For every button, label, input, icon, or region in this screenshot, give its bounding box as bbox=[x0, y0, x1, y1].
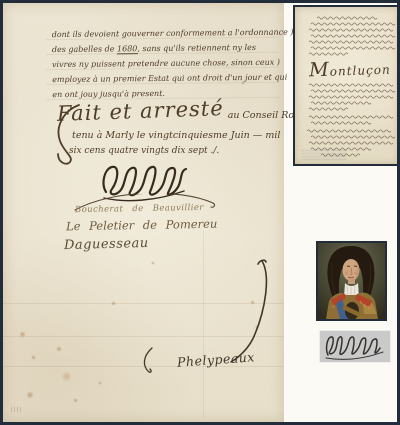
closing-line-3: six cens quatre vingts dix sept ./. bbox=[69, 146, 219, 156]
archive-stamp bbox=[301, 150, 347, 161]
countersignature-boucherat-beauvillier: Boucherat de Beauvillier bbox=[75, 203, 204, 215]
fold-crease bbox=[203, 231, 204, 419]
louis-signature-scrawl bbox=[320, 331, 390, 362]
countersignature-lepeletier-pomereu: Le Peletier de Pomereu bbox=[66, 217, 218, 234]
page-heading-montlucon: Montluçon bbox=[309, 56, 391, 82]
body-line-post: , sans qu'ils retiennent ny les bbox=[137, 43, 256, 53]
countersignature-daguesseau: Daguesseau bbox=[64, 236, 149, 253]
handwriting-lines bbox=[295, 7, 399, 164]
underlined-year: 1680 bbox=[117, 44, 137, 54]
foxing-spot bbox=[26, 391, 34, 399]
scan-canvas: dont ils devoient gouverner conformement… bbox=[0, 0, 400, 425]
document-body-text: dont ils devoient gouverner conformement… bbox=[52, 25, 258, 102]
foxing-spot bbox=[61, 371, 72, 382]
portrait-painting bbox=[318, 243, 385, 319]
body-line-pre: des gabelles de bbox=[52, 44, 117, 54]
foxing-spot bbox=[31, 355, 36, 360]
foxing-spot bbox=[98, 381, 102, 385]
foxing-spot bbox=[111, 301, 116, 306]
foxing-spot bbox=[56, 346, 62, 352]
closing-line-1: Fait et arrestéau Conseil Royal des fina… bbox=[57, 99, 282, 123]
opening-paren-flourish bbox=[140, 346, 155, 374]
foxing-spot bbox=[19, 331, 26, 338]
pencil-notation bbox=[11, 407, 23, 412]
foxing-spot bbox=[151, 261, 155, 265]
closing-line-2: tenu à Marly le vingtcinquiesme Juin — m… bbox=[72, 130, 280, 141]
foxing-spot bbox=[73, 398, 78, 403]
fait-arreste-script: Fait et arresté bbox=[57, 96, 224, 126]
second-manuscript-page: Montluçon bbox=[293, 5, 400, 166]
main-document-page: dont ils devoient gouverner conformement… bbox=[3, 3, 284, 422]
signature-card bbox=[320, 331, 390, 362]
louis-xiv-portrait bbox=[316, 241, 387, 321]
